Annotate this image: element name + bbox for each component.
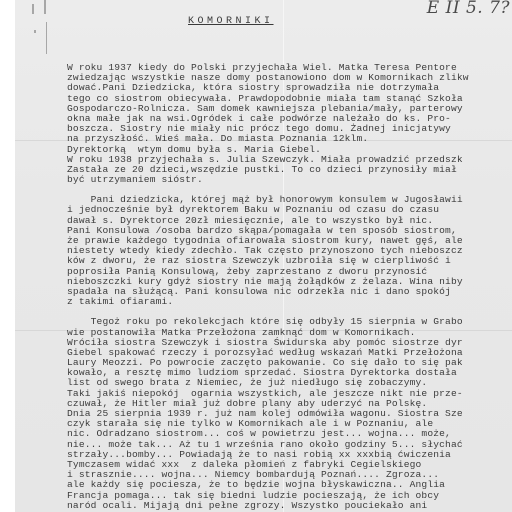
text-line: być utrzymaniem sióstr. [67, 175, 512, 185]
text-line: naród ocali. Mijają dni pełne zgrozy. Ws… [67, 501, 512, 511]
paragraph: W roku 1937 kiedy do Polski przyjechała … [67, 63, 512, 185]
paragraph: Tegoż roku po rekolekcjach które się odb… [67, 317, 512, 511]
document-body: W roku 1937 kiedy do Polski przyjechała … [67, 63, 512, 511]
text-line: z takimi ofiarami. [67, 297, 512, 307]
archive-reference-number: E II 5. 7? [427, 0, 510, 18]
scanned-document-page: E II 5. 7? KOMORNIKI W roku 1937 kiedy d… [0, 0, 512, 512]
text-line: ale każdy się pociesza, że to będzie woj… [67, 480, 512, 490]
paragraph: Pani dziedzicka, której mąż był honorowy… [67, 195, 512, 307]
text-line: na przyszłość. Wieś mała. Do miasta Pozn… [67, 134, 512, 144]
text-line: Tegoż roku po rekolekcjach które się odb… [67, 317, 512, 327]
document-title: KOMORNIKI [188, 16, 274, 27]
margin-pencil-marks [30, 0, 60, 60]
